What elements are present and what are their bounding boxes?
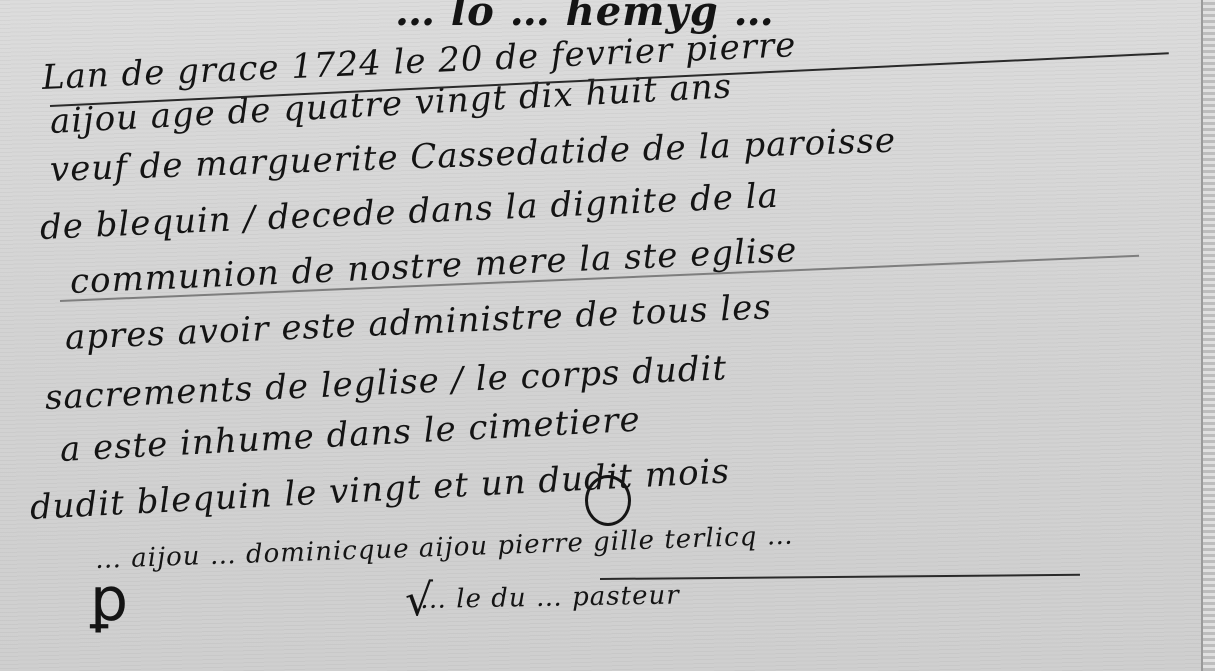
text-line-11: … le du … pasteur (420, 580, 680, 615)
cross-mark-icon: ꝑ (90, 565, 128, 635)
text-line-6: apres avoir este administre de tous les (64, 287, 772, 358)
text-line-10: … aijou … dominicque aijou pierre gille … (94, 521, 794, 575)
manuscript-page: … lo … hemyg … Lan de grace 1724 le 20 d… (0, 0, 1215, 671)
signature-flourish (585, 475, 631, 526)
signature-line (600, 574, 1080, 580)
check-mark-icon: √ (405, 575, 433, 626)
page-edge (1201, 0, 1215, 671)
